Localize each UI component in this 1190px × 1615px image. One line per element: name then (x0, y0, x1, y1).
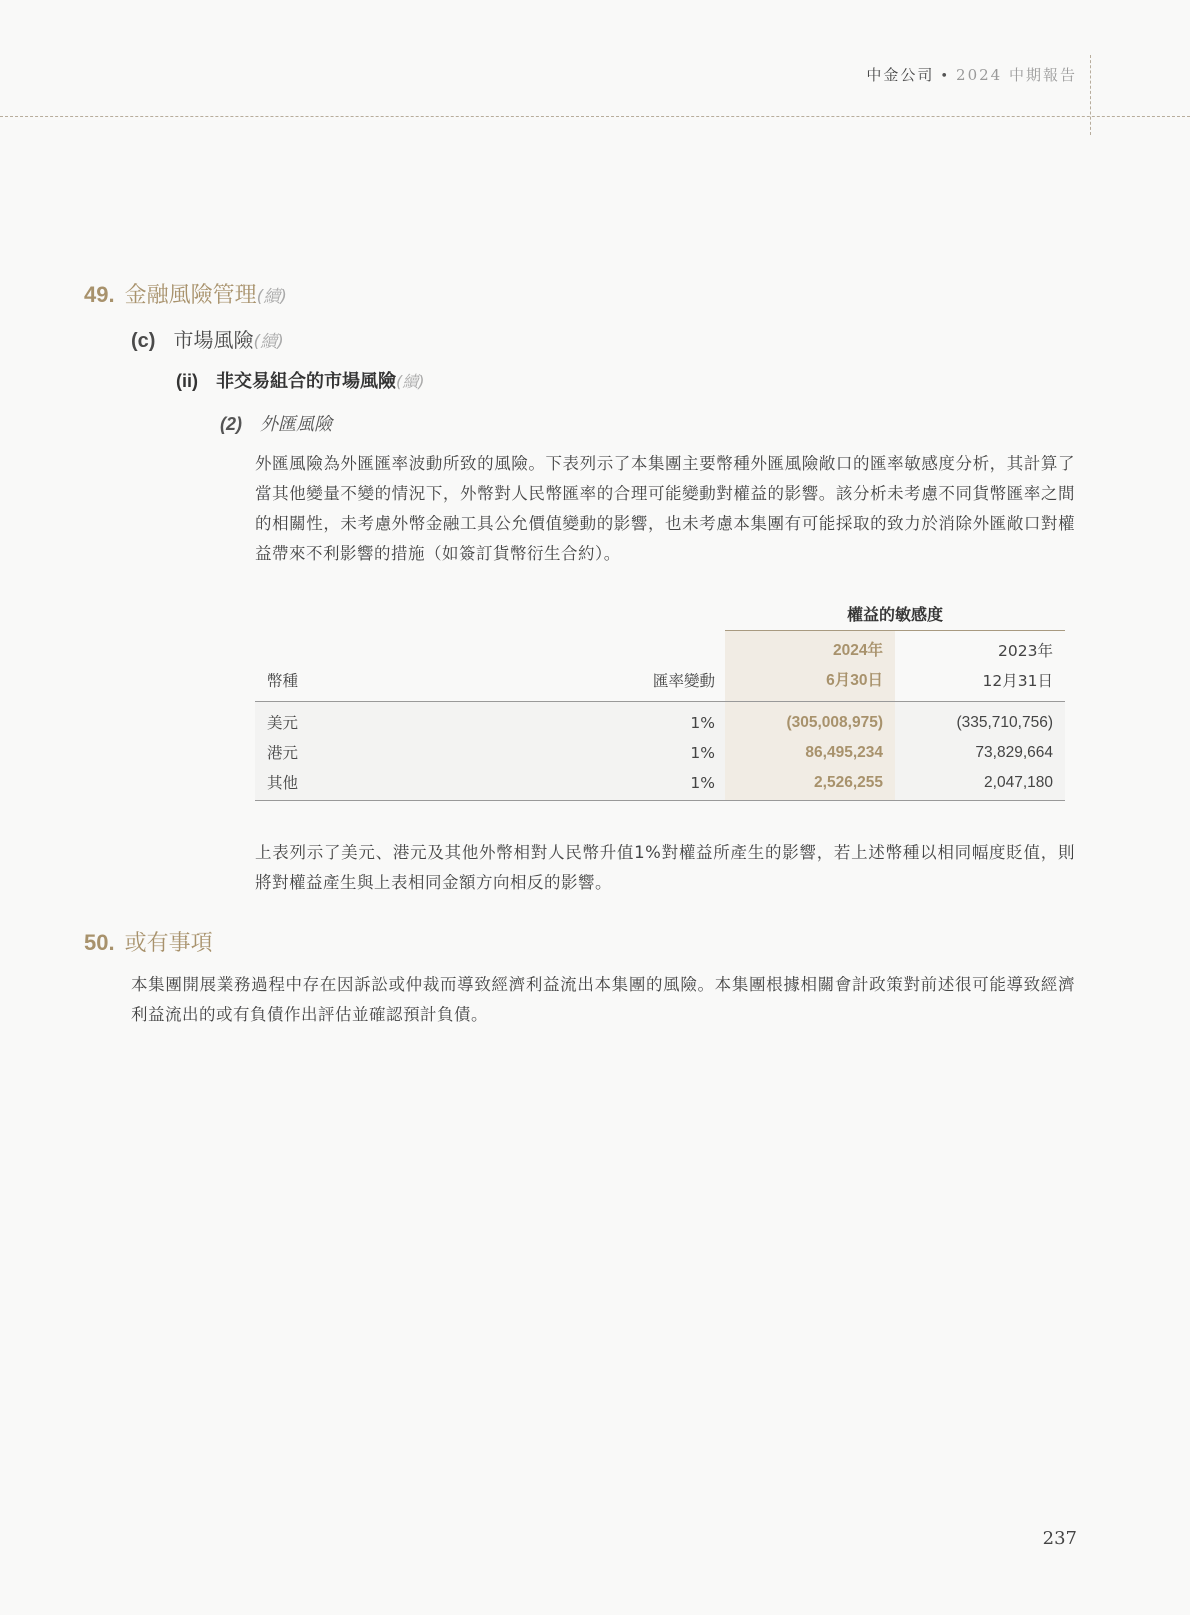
section-49-title: 金融風險管理 (125, 283, 257, 308)
section-50-number: 50. (84, 930, 115, 955)
table-bottom-rule (255, 800, 1065, 801)
header-dashed-vertical-rule (1090, 55, 1091, 135)
section-49-heading: 49.金融風險管理(續) (84, 278, 287, 309)
table-row-currency: 美元 (267, 708, 298, 738)
subsection-c-heading: (c)市場風險(續) (131, 324, 284, 353)
running-header: 中金公司•2024 中期報告 (866, 64, 1077, 85)
fx-risk-intro-paragraph: 外匯風險為外匯匯率波動所致的風險。下表列示了本集團主要幣種外匯風險敞口的匯率敏感… (255, 449, 1075, 569)
table-body-band (255, 702, 1065, 800)
header-report-title: 2024 中期報告 (956, 66, 1077, 84)
continued-label: (續) (253, 332, 283, 352)
header-bullet-icon: • (940, 69, 950, 84)
continued-label: (續) (257, 287, 287, 307)
subsection-c-number: (c) (131, 330, 155, 352)
table-row-prior-value: 2,047,180 (984, 768, 1053, 798)
table-row-prior-value: 73,829,664 (975, 738, 1053, 768)
col-header-current-date: 6月30日 (826, 666, 883, 696)
subsection-2-number: (2) (220, 414, 242, 434)
col-header-rate-change: 匯率變動 (653, 666, 715, 696)
group-header-equity-sensitivity: 權益的敏感度 (725, 600, 1065, 630)
header-dashed-rule (0, 116, 1190, 117)
subsection-ii-title: 非交易組合的市場風險 (216, 371, 396, 392)
page-number: 237 (1043, 1528, 1077, 1549)
table-row-prior-value: (335,710,756) (956, 708, 1053, 738)
subsection-ii-number: (ii) (176, 371, 198, 391)
group-header-rule (725, 630, 1065, 631)
table-row-rate-change: 1% (690, 708, 715, 738)
subsection-ii-heading: (ii)非交易組合的市場風險(續) (176, 367, 425, 393)
subsection-2-heading: (2)外匯風險 (220, 410, 332, 436)
table-row-currency: 港元 (267, 738, 298, 768)
table-header-rule (255, 701, 1065, 702)
section-50-heading: 50.或有事項 (84, 926, 213, 957)
col-header-prior-year: 2023年 (998, 636, 1053, 666)
table-row-currency: 其他 (267, 768, 298, 798)
header-company: 中金公司 (866, 66, 934, 84)
subsection-c-title: 市場風險 (173, 328, 253, 352)
section-50-title: 或有事項 (125, 931, 213, 956)
col-header-prior-date: 12月31日 (983, 666, 1053, 696)
table-row-current-value: 86,495,234 (805, 738, 883, 768)
section-49-number: 49. (84, 282, 115, 307)
contingencies-paragraph: 本集團開展業務過程中存在因訴訟或仲裁而導致經濟利益流出本集團的風險。本集團根據相… (131, 970, 1075, 1030)
table-row-current-value: 2,526,255 (814, 768, 883, 798)
fx-sensitivity-table: 權益的敏感度 2024年 2023年 幣種 匯率變動 6月30日 12月31日 … (255, 600, 1065, 810)
table-row-rate-change: 1% (690, 738, 715, 768)
table-row-current-value: (305,008,975) (786, 708, 883, 738)
table-note-paragraph: 上表列示了美元、港元及其他外幣相對人民幣升值1%對權益所產生的影響，若上述幣種以… (255, 838, 1075, 898)
subsection-2-title: 外匯風險 (260, 414, 332, 435)
table-row-rate-change: 1% (690, 768, 715, 798)
col-header-currency: 幣種 (267, 666, 298, 696)
col-header-current-year: 2024年 (833, 636, 883, 666)
continued-label: (續) (396, 372, 425, 391)
